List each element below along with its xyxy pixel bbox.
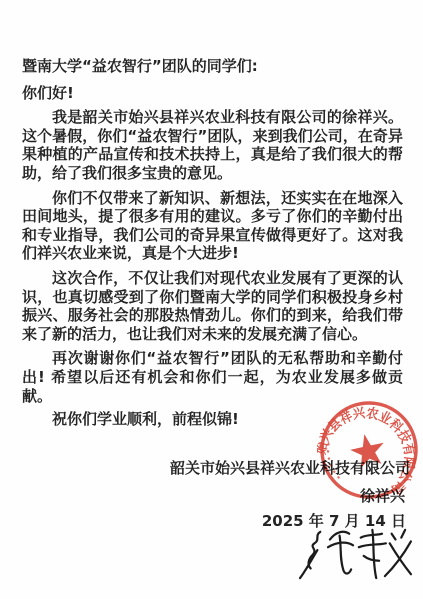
salutation: 暨南大学“益农智行”团队的同学们: (22, 57, 403, 76)
paragraph-4: 再次谢谢你们“益农智行”团队的无私帮助和辛勤付出! 希望以后还有机会和你们一起，… (22, 349, 403, 405)
letter-body: 暨南大学“益农智行”团队的同学们: 你们好! 我是韶关市始兴县祥兴农业科技有限公… (0, 0, 423, 429)
company-seal: 始兴县祥兴农业科技有限公司 (317, 398, 421, 502)
handwritten-signature (297, 526, 413, 580)
greeting: 你们好! (22, 84, 403, 103)
paragraph-3: 这次合作，不仅让我们对现代农业发展有了更深的认识，也真切感受到了你们暨南大学的同… (22, 269, 403, 343)
paragraph-1: 我是韶关市始兴县祥兴农业科技有限公司的徐祥兴。这个暑假，你们“益农智行”团队，来… (22, 108, 403, 182)
red-star-icon (348, 431, 388, 470)
handwriting-strokes (300, 530, 411, 578)
paragraph-2: 你们不仅带来了新知识、新想法，还实实在在地深入田间地头，提了很多有用的建议。多亏… (22, 189, 403, 263)
letter-page: 暨南大学“益农智行”团队的同学们: 你们好! 我是韶关市始兴县祥兴农业科技有限公… (0, 0, 423, 599)
seal-group: 始兴县祥兴农业科技有限公司 (317, 398, 421, 502)
